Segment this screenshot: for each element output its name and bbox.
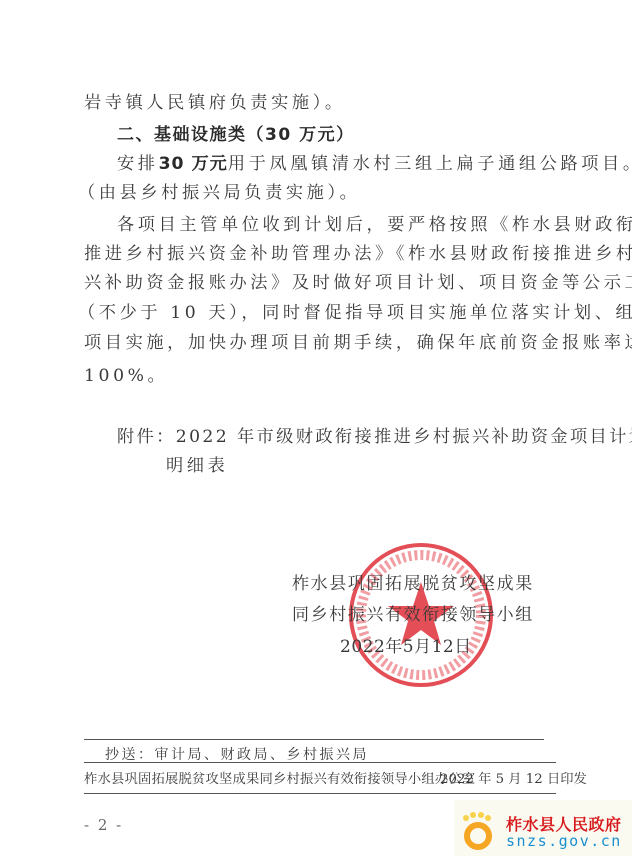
government-website-logo: 柞水县人民政府 snzs.gov.cn — [454, 800, 632, 856]
text-segment: 用于凤凰镇清水村三组上扁子通组公路项目。 — [228, 154, 632, 174]
body-line-9: 项目实施，加快办理项目前期手续，确保年底前资金报账率达到 — [84, 332, 632, 354]
body-line-4: （由县乡村振兴局负责实施）。 — [78, 182, 360, 204]
cc-recipients: 抄送：审计局、财政局、乡村振兴局 — [105, 744, 369, 764]
body-line-1: 岩寺镇人民镇府负责实施）。 — [84, 92, 346, 114]
body-line-7: 兴补助资金报账办法》及时做好项目计划、项目资金等公示工作 — [84, 272, 632, 294]
divider-bottom — [84, 793, 556, 794]
amount-highlight: 30 万元 — [159, 154, 228, 174]
paw-logo-icon — [460, 810, 496, 850]
body-line-10: 100%。 — [84, 365, 168, 387]
page-number: - 2 - — [84, 816, 123, 834]
body-line-6: 推进乡村振兴资金补助管理办法》《柞水县财政衔接推进乡村振 — [84, 243, 632, 265]
divider-middle — [84, 762, 556, 763]
attachment-line-2: 明细表 — [166, 455, 228, 477]
body-line-5: 各项目主管单位收到计划后，要严格按照《柞水县财政衔接 — [117, 214, 632, 236]
body-line-3: 安排30 万元用于凤凰镇清水村三组上扁子通组公路项目。 — [117, 153, 632, 175]
section-heading-infrastructure: 二、基础设施类（30 万元） — [117, 124, 355, 146]
signature-org-line-1: 柞水县巩固拓展脱贫攻坚成果 — [292, 569, 534, 594]
signature-date: 2022年5月12日 — [340, 632, 472, 657]
text-segment: 安排 — [117, 154, 159, 174]
body-line-8: （不少于 10 天），同时督促指导项目实施单位落实计划、组织 — [78, 302, 632, 324]
signature-org-line-2: 同乡村振兴有效衔接领导小组 — [292, 600, 534, 625]
attachment-line-1: 附件：2022 年市级财政衔接推进乡村振兴补助资金项目计划 — [117, 426, 632, 448]
divider-top — [84, 739, 544, 740]
logo-domain: snzs.gov.cn — [506, 832, 622, 850]
issuing-office: 柞水县巩固拓展脱贫攻坚成果同乡村振兴有效衔接领导小组办公室 — [84, 768, 475, 787]
issue-date: 2022 年 5 月 12 日印发 — [440, 768, 587, 787]
